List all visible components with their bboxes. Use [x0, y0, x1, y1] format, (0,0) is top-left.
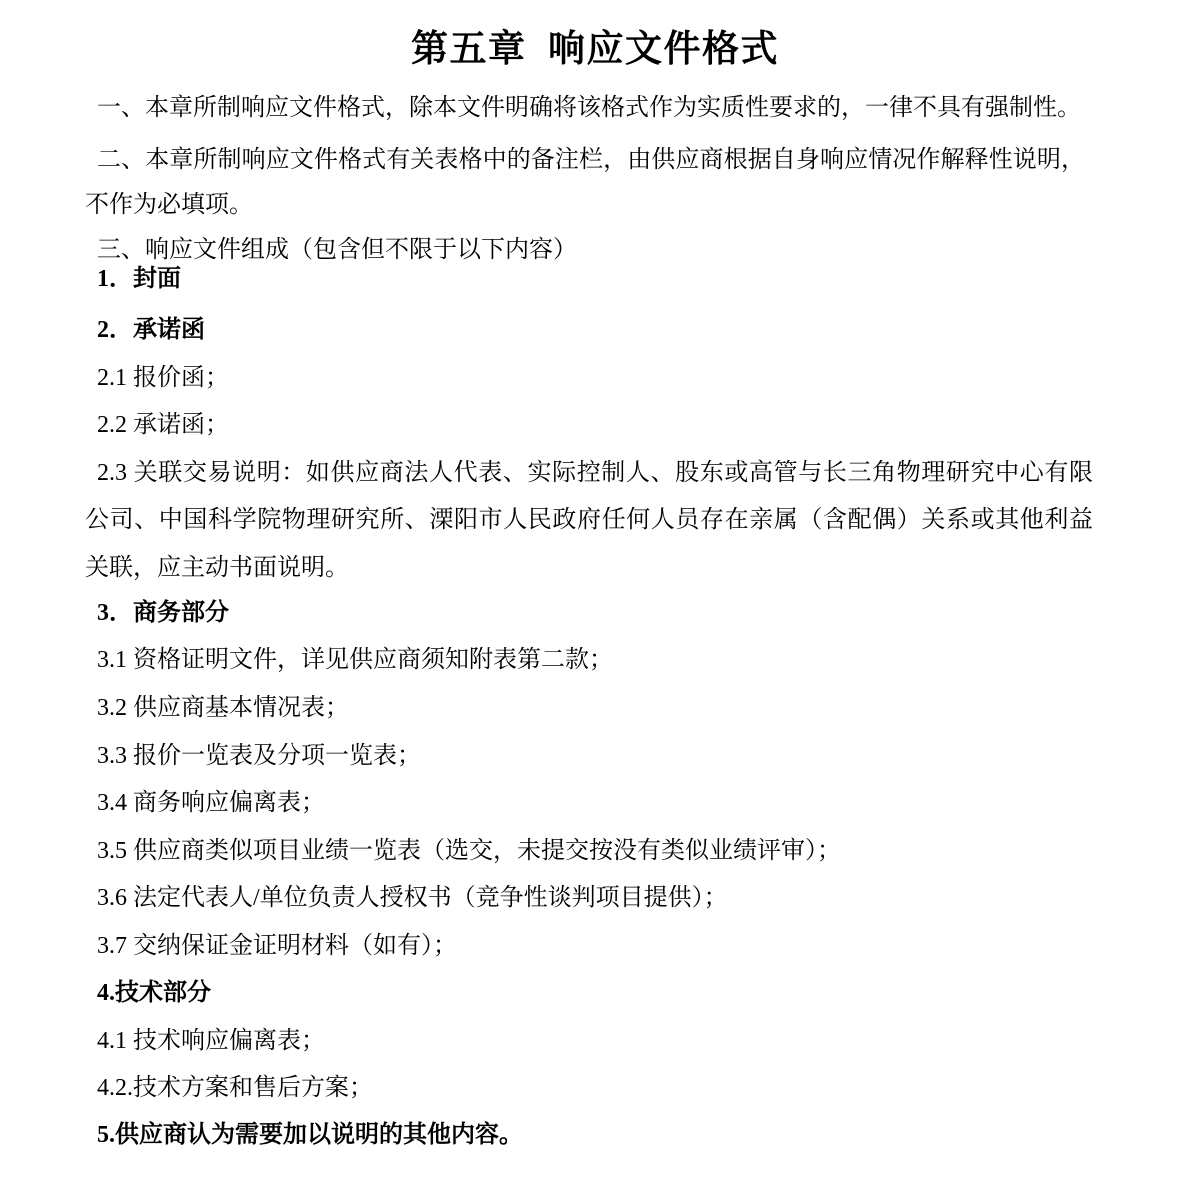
- item-2-2: 2.2 承诺函；: [97, 410, 229, 440]
- item-4-2: 4.2.技术方案和售后方案；: [97, 1073, 373, 1103]
- item-3-4: 3.4 商务响应偏离表；: [97, 788, 325, 818]
- item-2-1: 2.1 报价函；: [97, 363, 229, 393]
- item-3-3: 3.3 报价一览表及分项一览表；: [97, 741, 421, 771]
- section-2-heading: 2．承诺函: [97, 315, 205, 345]
- paragraph-er-line-1: 二、本章所制响应文件格式有关表格中的备注栏，由供应商根据自身响应情况作解释性说明…: [97, 145, 1085, 175]
- document-page: 第五章 响应文件格式 一、本章所制响应文件格式，除本文件明确将该格式作为实质性要…: [0, 0, 1190, 1178]
- item-3-6: 3.6 法定代表人/单位负责人授权书（竞争性谈判项目提供）；: [97, 883, 728, 913]
- section-3-heading: 3．商务部分: [97, 598, 229, 628]
- item-3-1: 3.1 资格证明文件，详见供应商须知附表第二款；: [97, 645, 613, 675]
- item-3-5: 3.5 供应商类似项目业绩一览表（选交，未提交按没有类似业绩评审）；: [97, 836, 841, 866]
- paragraph-san: 三、响应文件组成（包含但不限于以下内容）: [97, 235, 577, 265]
- page-title: 第五章 响应文件格式: [0, 18, 1190, 72]
- paragraph-er-line-2: 不作为必填项。: [85, 190, 253, 220]
- section-5-heading: 5.供应商认为需要加以说明的其他内容。: [97, 1120, 523, 1150]
- item-3-2: 3.2 供应商基本情况表；: [97, 693, 349, 723]
- item-2-3-line-1: 2.3 关联交易说明：如供应商法人代表、实际控制人、股东或高管与长三角物理研究中…: [97, 458, 1093, 488]
- item-2-3-line-3: 关联，应主动书面说明。: [85, 553, 349, 583]
- item-3-7: 3.7 交纳保证金证明材料（如有）；: [97, 931, 457, 961]
- paragraph-yi: 一、本章所制响应文件格式，除本文件明确将该格式作为实质性要求的，一律不具有强制性…: [97, 93, 1081, 123]
- section-4-heading: 4.技术部分: [97, 978, 211, 1008]
- item-4-1: 4.1 技术响应偏离表；: [97, 1026, 325, 1056]
- section-1-heading: 1．封面: [97, 264, 181, 294]
- item-2-3-line-2: 公司、中国科学院物理研究所、溧阳市人民政府任何人员存在亲属（含配偶）关系或其他利…: [85, 505, 1093, 535]
